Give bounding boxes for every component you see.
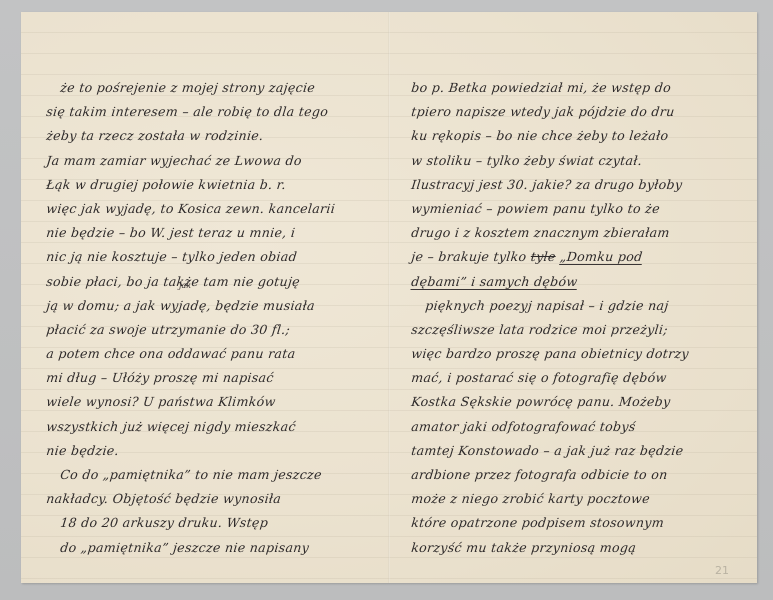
right-line-3: ku rękopis – bo nie chce żeby to leżało [406,124,754,148]
pencil-page-number: 21 [715,564,729,577]
left-line-15: wszystkich już więcej nigdy mieszkać [41,415,384,439]
left-line-12: a potem chce ona oddawać panu rata [41,342,384,366]
right-line-20: korzyść mu także przyniosą mogą [406,536,754,560]
right-line-8: je – brakuje tylko tyle „Domku pod [406,245,754,269]
right-line-2: tpiero napisze wtedy jak pójdzie do dru [406,100,754,124]
left-line-10: ją w domu; a jak wyjadę, będzie musiała [41,294,384,318]
left-line-7: nie będzie – bo W. jest teraz u mnie, i [41,221,384,245]
right-line-10: pięknych poezyj napisał – i gdzie naj [406,294,754,318]
scan-background: że to pośrejenie z mojej strony zajęcie … [0,0,773,600]
left-line-8: nic ją nie kosztuje – tylko jeden obiad [41,245,384,269]
underlined-title-start: „Domku pod [559,249,643,264]
right-line-4: w stoliku – tylko żeby świat czytał. [406,149,754,173]
underlined-title-end: dębami” i samych dębów [411,274,579,289]
left-line-17: Co do „pamiętnika” to nie mam jeszcze [41,463,384,487]
left-line-16: nie będzie. [41,439,384,463]
interlinear-insertion: jak [179,281,191,290]
left-page-text: że to pośrejenie z mojej strony zajęcie … [41,76,381,560]
struck-word: tyle [530,249,556,264]
right-line-9: dębami” i samych dębów [406,270,754,294]
left-line-4: Ja mam zamiar wyjechać ze Lwowa do [41,149,384,173]
right-line-8-text: je – brakuje tylko [411,249,528,264]
right-line-1: bo p. Betka powiedział mi, że wstęp do [406,76,754,100]
left-line-11: płacić za swoje utrzymanie do 30 fl.; [41,318,384,342]
right-page-text: bo p. Betka powiedział mi, że wstęp do t… [406,76,751,560]
left-line-3: żeby ta rzecz została w rodzinie. [41,124,384,148]
right-line-16: tamtej Konstowado – a jak już raz będzie [406,439,754,463]
right-line-14: Kostka Sękskie powrócę panu. Możeby [406,390,754,414]
left-line-6: więc jak wyjadę, to Kosica zewn. kancela… [41,197,384,221]
right-line-12: więc bardzo proszę pana obietnicy dotrzy [406,342,754,366]
left-line-2: się takim interesem – ale robię to dla t… [41,100,384,124]
left-line-19: 18 do 20 arkuszy druku. Wstęp [41,511,384,535]
right-line-11: szczęśliwsze lata rodzice moi przeżyli; [406,318,754,342]
left-line-20: do „pamiętnika” jeszcze nie napisany [41,536,384,560]
left-line-9: sobie płaci, bo ja także tam nie gotuję [41,270,384,294]
left-line-13: mi dług – Ułóży proszę mi napisać [41,366,384,390]
right-line-6: wymieniać – powiem panu tylko to że [406,197,754,221]
right-line-15: amator jaki odfotografować tobyś [406,415,754,439]
letter-paper: że to pośrejenie z mojej strony zajęcie … [21,12,757,583]
right-line-19: które opatrzone podpisem stosownym [406,511,754,535]
left-line-5: Łąk w drugiej połowie kwietnia b. r. [41,173,384,197]
right-line-17: ardbione przez fotografa odbicie to on [406,463,754,487]
center-fold [388,12,390,583]
left-line-1: że to pośrejenie z mojej strony zajęcie [41,76,384,100]
left-line-18: nakładcy. Objętość będzie wynosiła [41,487,384,511]
right-line-13: mać, i postarać się o fotografię dębów [406,366,754,390]
right-line-18: może z niego zrobić karty pocztowe [406,487,754,511]
left-line-14: wiele wynosi? U państwa Klimków [41,390,384,414]
right-line-7: drugo i z kosztem znacznym zbierałam [406,221,754,245]
right-line-5: Ilustracyj jest 30. jakie? za drugo było… [406,173,754,197]
